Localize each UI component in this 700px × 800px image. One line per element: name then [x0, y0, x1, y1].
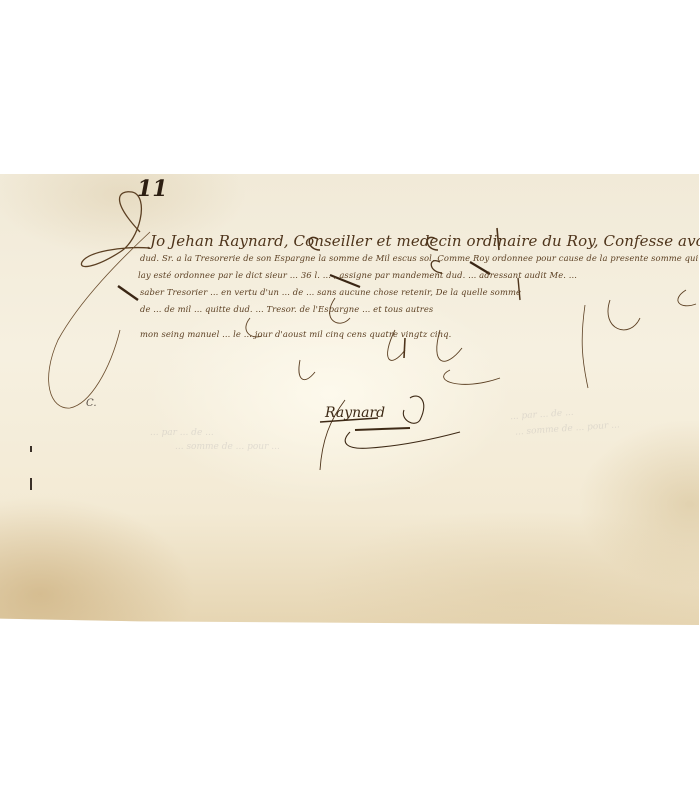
manuscript-line-4: saber Tresorier ... en vertu d'un ... de… [140, 287, 521, 297]
manuscript-line-1: Jo Jehan Raynard, Conseiller et medecin … [150, 232, 700, 250]
manuscript-line-6: mon seing manuel ... le ... jour d'aoust… [140, 329, 451, 339]
manuscript-line-2: dud. Sr. a la Tresorerie de son Espargne… [140, 253, 698, 263]
page-canvas: ... par ... de ... ... somme de ... pour… [0, 0, 700, 800]
manuscript-line-5: de ... de mil ... quitte dud. ... Tresor… [140, 304, 433, 314]
manuscript-line-3: lay esté ordonnee par le dict sieur ... … [138, 270, 577, 280]
signature: Raynard [325, 405, 385, 421]
ink-flourishes [0, 0, 700, 800]
